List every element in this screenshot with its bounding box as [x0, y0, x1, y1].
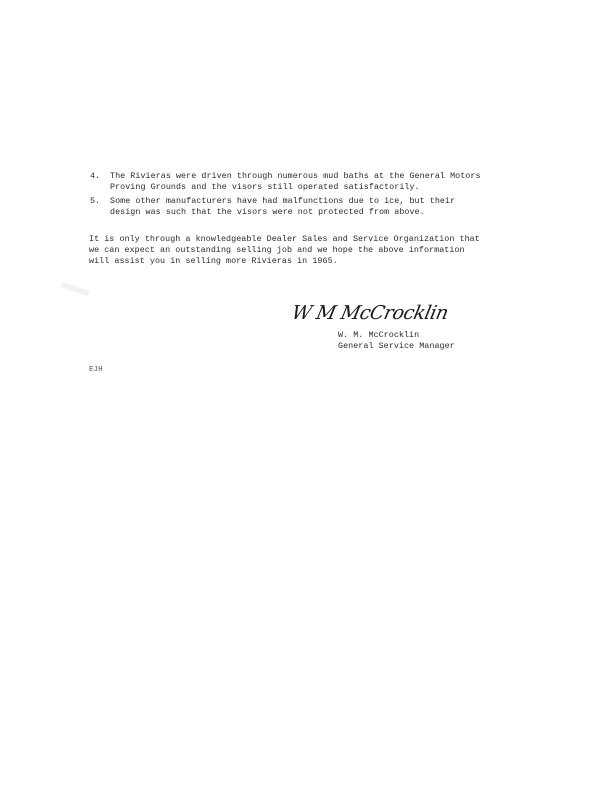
list-item-line: Proving Grounds and the visors still ope… — [110, 182, 420, 193]
list-item-line: design was such that the visors were not… — [110, 207, 425, 218]
list-item-number: 5. — [90, 196, 100, 207]
list-item-line: Some other manufacturers have had malfun… — [110, 196, 455, 207]
letter-page: 4. The Rivieras were driven through nume… — [0, 0, 612, 792]
signer-title: General Service Manager — [338, 341, 455, 352]
signer-name: W. M. McCrocklin — [338, 330, 419, 341]
list-item-number: 4. — [90, 171, 100, 182]
list-item-line: The Rivieras were driven through numerou… — [110, 171, 481, 182]
typist-initials: EJH — [89, 365, 103, 376]
paragraph-line: It is only through a knowledgeable Deale… — [89, 234, 480, 245]
handwritten-signature: W M McCrocklin — [290, 302, 450, 324]
scan-smudge — [60, 282, 90, 297]
paragraph-line: will assist you in selling more Rivieras… — [89, 256, 338, 267]
paragraph-line: we can expect an outstanding selling job… — [89, 245, 465, 256]
